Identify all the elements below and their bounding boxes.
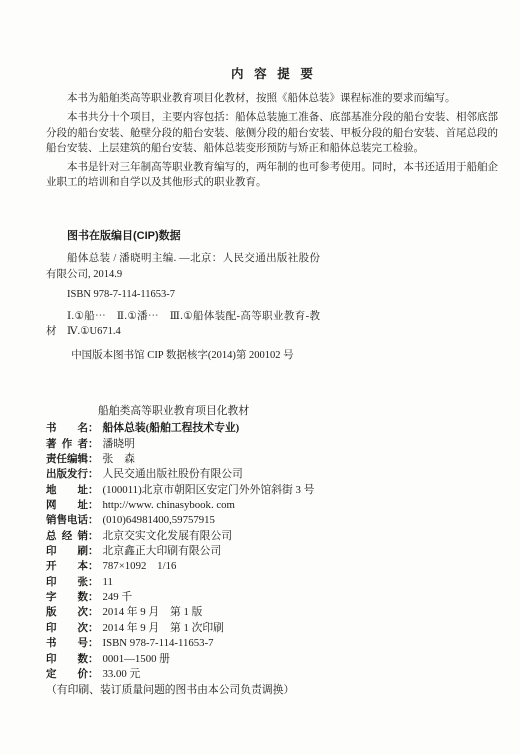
info-value: ISBN 978-7-114-11653-7 bbox=[103, 636, 214, 651]
info-label: 网址 bbox=[46, 498, 88, 513]
info-label: 印数 bbox=[46, 652, 88, 667]
summary-title: 内容提要 bbox=[46, 64, 498, 82]
info-colon: ： bbox=[88, 636, 99, 651]
info-value: 船体总装(船舶工程技术专业) bbox=[103, 421, 240, 436]
info-colon: ： bbox=[88, 529, 99, 544]
cip-entry: 船体总装 / 潘晓明主编. —北京：人民交通出版社股份有限公司, 2014.9 bbox=[46, 251, 320, 282]
info-row-sales-phone: 销售电话： (010)64981400,59757915 bbox=[46, 513, 500, 528]
quality-exchange-note: （有印刷、装订质量问题的图书由本公司负责调换） bbox=[46, 683, 500, 698]
info-colon: ： bbox=[88, 652, 99, 667]
info-value: 潘晓明 bbox=[103, 437, 135, 452]
info-label: 印张 bbox=[46, 575, 88, 590]
info-colon: ： bbox=[88, 605, 99, 620]
summary-paragraph-1: 本书为船舶类高等职业教育项目化教材，按照《船体总装》课程标准的要求而编写。 bbox=[46, 91, 498, 106]
info-colon: ： bbox=[88, 544, 99, 559]
info-label: 字数 bbox=[46, 590, 88, 605]
info-value: 0001—1500 册 bbox=[103, 652, 170, 667]
info-label: 地址 bbox=[46, 483, 88, 498]
info-row-distributor: 总经销： 北京交实文化发展有限公司 bbox=[46, 529, 500, 544]
info-row-sheets: 印张： 11 bbox=[46, 575, 500, 590]
info-row-printer: 印刷： 北京鑫正大印刷有限公司 bbox=[46, 544, 500, 559]
info-label: 著作者 bbox=[46, 437, 88, 452]
info-value: 2014 年 9 月 第 1 次印刷 bbox=[103, 621, 224, 636]
content-summary-section: 内容提要 本书为船舶类高等职业教育项目化教材，按照《船体总装》课程标准的要求而编… bbox=[46, 64, 498, 191]
info-row-author: 著作者： 潘晓明 bbox=[46, 437, 500, 452]
series-title: 船舶类高等职业教育项目化教材 bbox=[98, 404, 500, 419]
summary-paragraph-3: 本书是针对三年制高等职业教育编写的，两年制的也可参考使用。同时，本书还适用于船舶… bbox=[46, 160, 498, 191]
info-value: 33.00 元 bbox=[103, 667, 141, 682]
info-label: 版次 bbox=[46, 605, 88, 620]
info-value: 北京鑫正大印刷有限公司 bbox=[103, 544, 222, 559]
info-row-word-count: 字数： 249 千 bbox=[46, 590, 500, 605]
info-value: 人民交通出版社股份有限公司 bbox=[103, 467, 243, 482]
cip-isbn: ISBN 978-7-114-11653-7 bbox=[46, 287, 320, 302]
info-colon: ： bbox=[88, 437, 99, 452]
info-value: 787×1092 1/16 bbox=[103, 559, 177, 574]
info-colon: ： bbox=[88, 575, 99, 590]
info-colon: ： bbox=[88, 421, 99, 436]
info-colon: ： bbox=[88, 621, 99, 636]
info-row-publisher: 出版发行： 人民交通出版社股份有限公司 bbox=[46, 467, 500, 482]
info-colon: ： bbox=[88, 498, 99, 513]
info-value: 张 森 bbox=[103, 452, 135, 467]
info-colon: ： bbox=[88, 513, 99, 528]
info-colon: ： bbox=[88, 667, 99, 682]
info-row-title: 书名： 船体总装(船舶工程技术专业) bbox=[46, 421, 500, 436]
info-value: (010)64981400,59757915 bbox=[103, 513, 215, 528]
info-row-price: 定价： 33.00 元 bbox=[46, 667, 500, 682]
info-colon: ： bbox=[88, 483, 99, 498]
info-colon: ： bbox=[88, 590, 99, 605]
colophon-section: 船舶类高等职业教育项目化教材 书名： 船体总装(船舶工程技术专业) 著作者： 潘… bbox=[46, 404, 500, 699]
info-colon: ： bbox=[88, 452, 99, 467]
info-value: (100011)北京市朝阳区安定门外外馆斜街 3 号 bbox=[103, 483, 315, 498]
cip-heading: 图书在版编目(CIP)数据 bbox=[67, 229, 320, 244]
info-value: 2014 年 9 月 第 1 版 bbox=[103, 605, 203, 620]
info-value: 北京交实文化发展有限公司 bbox=[103, 529, 233, 544]
info-label: 总经销 bbox=[46, 529, 88, 544]
info-colon: ： bbox=[88, 467, 99, 482]
info-label: 销售电话 bbox=[46, 513, 88, 528]
info-label: 定价 bbox=[46, 667, 88, 682]
info-label: 印刷 bbox=[46, 544, 88, 559]
info-label: 书号 bbox=[46, 636, 88, 651]
cip-section: 图书在版编目(CIP)数据 船体总装 / 潘晓明主编. —北京：人民交通出版社股… bbox=[46, 229, 320, 363]
info-row-editor: 责任编辑： 张 森 bbox=[46, 452, 500, 467]
info-label: 印次 bbox=[46, 621, 88, 636]
info-value: 249 千 bbox=[103, 590, 133, 605]
summary-paragraph-2: 本书共分十个项目，主要内容包括：船体总装施工准备、底部基准分段的船台安装、相邻底… bbox=[46, 110, 498, 156]
info-value: 11 bbox=[103, 575, 113, 590]
info-row-address: 地址： (100011)北京市朝阳区安定门外外馆斜街 3 号 bbox=[46, 483, 500, 498]
info-label: 书名 bbox=[46, 421, 88, 436]
info-row-impression: 印次： 2014 年 9 月 第 1 次印刷 bbox=[46, 621, 500, 636]
info-label: 出版发行 bbox=[46, 467, 88, 482]
book-copyright-page: 内容提要 本书为船舶类高等职业教育项目化教材，按照《船体总装》课程标准的要求而编… bbox=[0, 0, 520, 755]
info-row-isbn: 书号： ISBN 978-7-114-11653-7 bbox=[46, 636, 500, 651]
info-row-print-run: 印数： 0001—1500 册 bbox=[46, 652, 500, 667]
info-label: 责任编辑 bbox=[46, 452, 88, 467]
cip-record-number: 中国版本图书馆 CIP 数据核字(2014)第 200102 号 bbox=[46, 348, 320, 363]
info-value: http://www. chinasybook. com bbox=[103, 498, 235, 513]
info-row-website: 网址： http://www. chinasybook. com bbox=[46, 498, 500, 513]
info-colon: ： bbox=[88, 559, 99, 574]
cip-classification: Ⅰ.①船⋯ Ⅱ.①潘⋯ Ⅲ.①船体装配-高等职业教育-教材 Ⅳ.①U671.4 bbox=[46, 309, 320, 340]
info-label: 开本 bbox=[46, 559, 88, 574]
info-row-format: 开本： 787×1092 1/16 bbox=[46, 559, 500, 574]
info-row-edition: 版次： 2014 年 9 月 第 1 版 bbox=[46, 605, 500, 620]
